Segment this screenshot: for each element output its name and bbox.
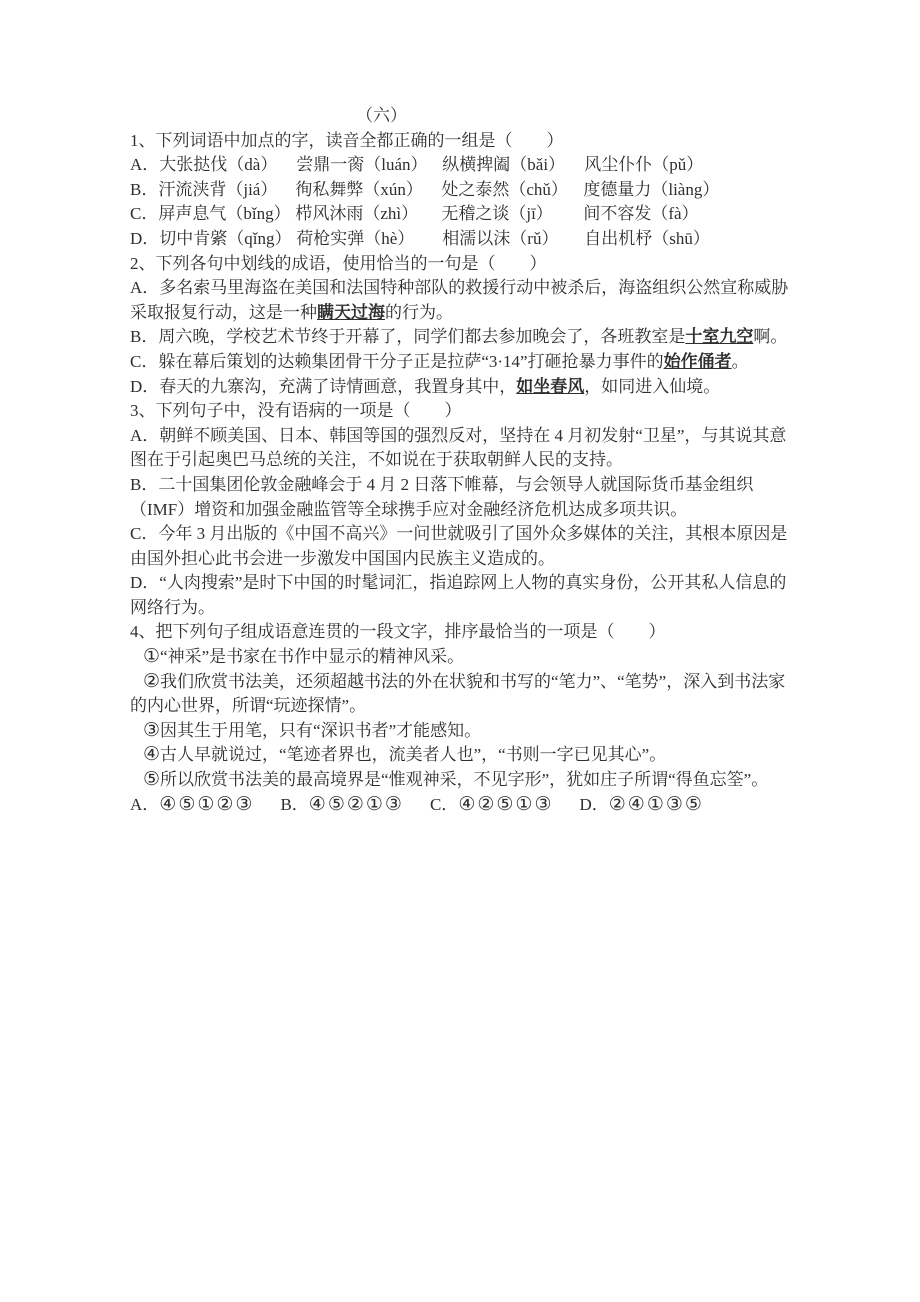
q2-option-d: D．春天的九寨沟，充满了诗情画意，我置身其中，如坐春风，如同进入仙境。 bbox=[130, 375, 798, 400]
q1-option-c-phrase-3: 无稽之谈（jī） bbox=[441, 202, 583, 227]
q4-item-5: ⑤所以欣赏书法美的最高境界是“惟观神采，不见字形”，犹如庄子所谓“得鱼忘筌”。 bbox=[130, 768, 798, 793]
q4-answer-d-sequence: ②④①③⑤ bbox=[609, 794, 704, 815]
q4-item-4-text: 古人早就说过，“笔迹者界也，流美者人也”，“书则一字已见其心”。 bbox=[160, 745, 666, 764]
q4-answer-option-a: A．④⑤①②③ bbox=[130, 795, 254, 814]
q3-option-a: A．朝鲜不顾美国、日本、韩国等国的强烈反对，坚持在 4 月初发射“卫星”，与其说… bbox=[130, 424, 798, 473]
q4-answer-c-label: C． bbox=[430, 795, 458, 814]
circled-3-marker: ③ bbox=[143, 720, 160, 741]
q3-option-a-text: 朝鲜不顾美国、日本、韩国等国的强烈反对，坚持在 4 月初发射“卫星”，与其说其意… bbox=[130, 426, 786, 470]
q1-option-b: B．汗流浃背（jiá）徇私舞弊（xún）处之泰然（chǔ）度德量力（liàng） bbox=[130, 178, 798, 203]
q1-option-b-phrase-3: 处之泰然（chǔ） bbox=[441, 178, 583, 203]
q1-option-c: C．屏声息气（bǐng）栉风沐雨（zhì）无稽之谈（jī）间不容发（fà） bbox=[130, 202, 798, 227]
q2-option-a-text-post: 的行为。 bbox=[385, 303, 453, 322]
q2-option-c-text-post: 。 bbox=[732, 352, 749, 371]
q2-option-b-idiom-underlined: 十室九空 bbox=[685, 327, 753, 346]
q3-option-d-label: D． bbox=[130, 571, 159, 596]
q2-option-a-label: A． bbox=[130, 276, 159, 301]
q3-option-b-label: B． bbox=[130, 473, 158, 498]
q4-item-1: ①“神采”是书家在书作中显示的精神风采。 bbox=[130, 645, 798, 670]
q1-option-d-label: D． bbox=[130, 227, 159, 252]
q1-option-c-phrase-4: 间不容发（fà） bbox=[583, 202, 698, 227]
q1-option-c-phrase-1: 屏声息气（bǐng） bbox=[158, 202, 295, 227]
q1-option-d: D．切中肯綮（qǐng）荷枪实弹（hè）相濡以沫（rǔ）自出机杼（shū） bbox=[130, 227, 798, 252]
q4-answer-option-c: C．④②⑤①③ bbox=[430, 795, 554, 814]
q2-option-d-idiom-underlined: 如坐春风 bbox=[516, 377, 584, 396]
q1-option-a-phrase-1: 大张挞伐（dà） bbox=[159, 153, 296, 178]
q4-answer-b-label: B． bbox=[280, 795, 308, 814]
q2-option-d-text-post: ，如同进入仙境。 bbox=[584, 377, 720, 396]
q4-item-5-text: 所以欣赏书法美的最高境界是“惟观神采，不见字形”，犹如庄子所谓“得鱼忘筌”。 bbox=[160, 770, 768, 789]
q2-option-c: C．躲在幕后策划的达赖集团骨干分子正是拉萨“3·14”打砸抢暴力事件的始作俑者。 bbox=[130, 350, 798, 375]
q3-option-b: B．二十国集团伦敦金融峰会于 4 月 2 日落下帷幕，与会领导人就国际货币基金组… bbox=[130, 473, 798, 522]
circled-2-marker: ② bbox=[143, 671, 160, 692]
q1-option-d-phrase-2: 荷枪实弹（hè） bbox=[296, 227, 442, 252]
circled-4-marker: ④ bbox=[143, 744, 160, 765]
q4-item-2: ②我们欣赏书法美，还须超越书法的外在状貌和书写的“笔力”、“笔势”，深入到书法家… bbox=[130, 670, 798, 719]
q3-option-c-text: 今年 3 月出版的《中国不高兴》一问世就吸引了国外众多媒体的关注，其根本原因是由… bbox=[130, 524, 787, 568]
circled-1-marker: ① bbox=[143, 646, 160, 667]
q4-item-3: ③因其生于用笔，只有“深识书者”才能感知。 bbox=[130, 719, 798, 744]
q2-option-a-idiom-underlined: 瞒天过海 bbox=[317, 303, 385, 322]
q2-option-a: A．多名索马里海盗在美国和法国特种部队的救援行动中被杀后，海盗组织公然宣称威胁采… bbox=[130, 276, 798, 325]
q2-option-c-idiom-underlined: 始作俑者 bbox=[664, 352, 732, 371]
q4-answer-option-d: D．②④①③⑤ bbox=[579, 795, 703, 814]
q1-option-a-phrase-2: 尝鼎一脔（luán） bbox=[296, 153, 442, 178]
circled-5-marker: ⑤ bbox=[143, 769, 160, 790]
q4-answer-c-sequence: ④②⑤①③ bbox=[458, 794, 553, 815]
q1-option-d-phrase-3: 相濡以沫（rǔ） bbox=[442, 227, 584, 252]
q3-option-a-label: A． bbox=[130, 424, 159, 449]
q4-item-2-text: 我们欣赏书法美，还须超越书法的外在状貌和书写的“笔力”、“笔势”，深入到书法家的… bbox=[130, 672, 785, 716]
q1-option-a-phrase-3: 纵横捭阖（bǎi） bbox=[442, 153, 584, 178]
q1-option-b-phrase-4: 度德量力（liàng） bbox=[583, 178, 719, 203]
q3-option-c: C．今年 3 月出版的《中国不高兴》一问世就吸引了国外众多媒体的关注，其根本原因… bbox=[130, 522, 798, 571]
q1-option-d-phrase-4: 自出机杼（shū） bbox=[584, 227, 710, 252]
q3-option-d-text: “人肉搜索”是时下中国的时髦词汇，指追踪网上人物的真实身份，公开其私人信息的网络… bbox=[130, 573, 786, 617]
q4-answer-a-label: A． bbox=[130, 795, 159, 814]
q2-option-b-label: B． bbox=[130, 325, 158, 350]
q4-answer-option-b: B．④⑤②①③ bbox=[280, 795, 404, 814]
exam-document: （六） 1、下列词语中加点的字，读音全都正确的一组是（ ） A．大张挞伐（dà）… bbox=[130, 104, 798, 817]
q2-option-c-text-pre: 躲在幕后策划的达赖集团骨干分子正是拉萨“3·14”打砸抢暴力事件的 bbox=[158, 352, 663, 371]
q2-stem: 2、下列各句中划线的成语，使用恰当的一句是（ ） bbox=[130, 252, 798, 277]
q1-option-d-phrase-1: 切中肯綮（qǐng） bbox=[159, 227, 296, 252]
q2-option-d-text-pre: 春天的九寨沟，充满了诗情画意，我置身其中， bbox=[159, 377, 516, 396]
q1-option-b-phrase-2: 徇私舞弊（xún） bbox=[295, 178, 441, 203]
q3-stem: 3、下列句子中，没有语病的一项是（ ） bbox=[130, 399, 798, 424]
q4-item-4: ④古人早就说过，“笔迹者界也，流美者人也”，“书则一字已见其心”。 bbox=[130, 743, 798, 768]
q4-answer-a-sequence: ④⑤①②③ bbox=[159, 794, 254, 815]
q3-option-c-label: C． bbox=[130, 522, 158, 547]
q3-option-d: D．“人肉搜索”是时下中国的时髦词汇，指追踪网上人物的真实身份，公开其私人信息的… bbox=[130, 571, 798, 620]
q4-stem: 4、把下列句子组成语意连贯的一段文字，排序最恰当的一项是（ ） bbox=[130, 620, 798, 645]
q1-option-a-phrase-4: 风尘仆仆（pǔ） bbox=[584, 153, 703, 178]
q4-item-1-text: “神采”是书家在书作中显示的精神风采。 bbox=[160, 647, 464, 666]
q2-option-b: B．周六晚，学校艺术节终于开幕了，同学们都去参加晚会了，各班教室是十室九空啊。 bbox=[130, 325, 798, 350]
q2-option-b-text-post: 啊。 bbox=[753, 327, 787, 346]
q1-option-b-label: B． bbox=[130, 178, 158, 203]
q2-option-b-text-pre: 周六晚，学校艺术节终于开幕了，同学们都去参加晚会了，各班教室是 bbox=[158, 327, 685, 346]
q1-option-a: A．大张挞伐（dà）尝鼎一脔（luán）纵横捭阖（bǎi）风尘仆仆（pǔ） bbox=[130, 153, 798, 178]
q1-option-b-phrase-1: 汗流浃背（jiá） bbox=[158, 178, 295, 203]
q4-item-3-text: 因其生于用笔，只有“深识书者”才能感知。 bbox=[160, 721, 481, 740]
q4-answer-b-sequence: ④⑤②①③ bbox=[309, 794, 404, 815]
q2-option-c-label: C． bbox=[130, 350, 158, 375]
section-title: （六） bbox=[130, 104, 798, 129]
q1-stem: 1、下列词语中加点的字，读音全都正确的一组是（ ） bbox=[130, 129, 798, 154]
q1-option-c-label: C． bbox=[130, 202, 158, 227]
q2-option-a-text-pre: 多名索马里海盗在美国和法国特种部队的救援行动中被杀后，海盗组织公然宣称威胁采取报… bbox=[130, 278, 788, 322]
q4-answer-d-label: D． bbox=[579, 795, 608, 814]
q2-option-d-label: D． bbox=[130, 375, 159, 400]
q1-option-c-phrase-2: 栉风沐雨（zhì） bbox=[295, 202, 441, 227]
q3-option-b-text: 二十国集团伦敦金融峰会于 4 月 2 日落下帷幕，与会领导人就国际货币基金组织（… bbox=[130, 475, 753, 519]
q4-answer-row: A．④⑤①②③B．④⑤②①③C．④②⑤①③D．②④①③⑤ bbox=[130, 793, 798, 818]
q1-option-a-label: A． bbox=[130, 153, 159, 178]
